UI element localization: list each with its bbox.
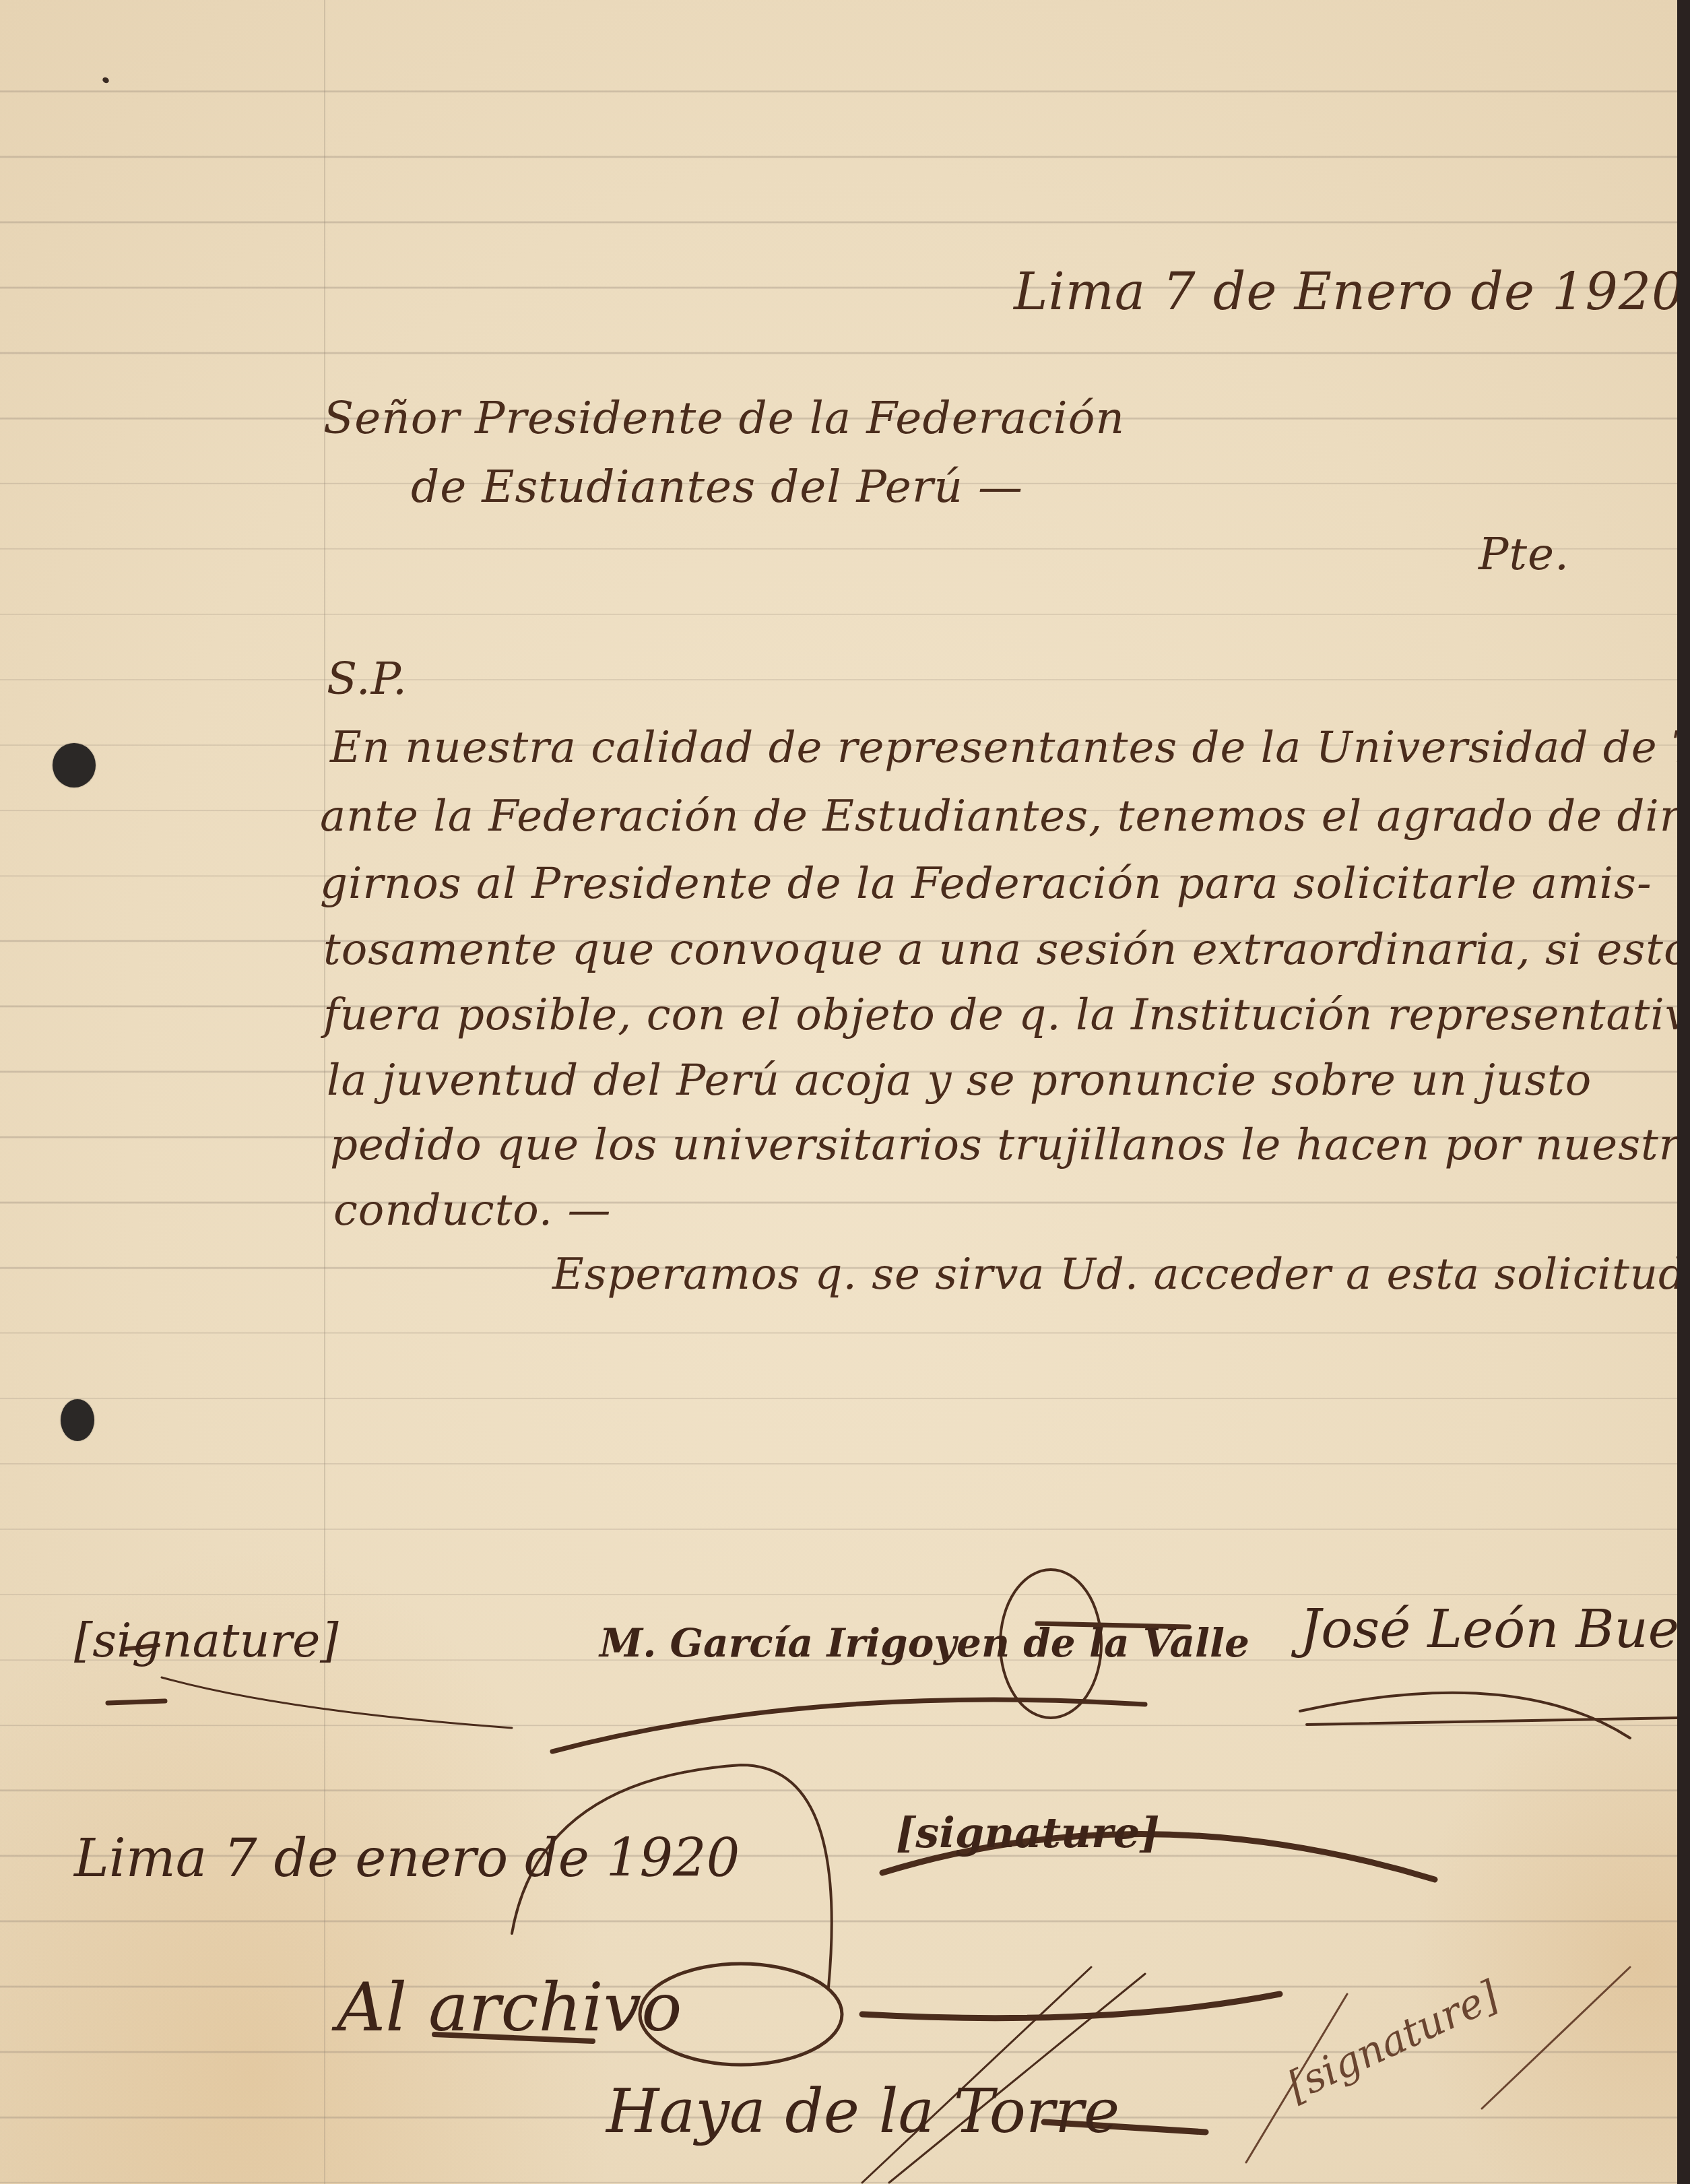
body-line: ante la Federación de Estudiantes, tenem… bbox=[320, 795, 1677, 838]
letter-sheet: Lima 7 de Enero de 1920 Señor Presidente… bbox=[0, 0, 1677, 2184]
addressee-line-1: Señor Presidente de la Federación bbox=[323, 396, 1125, 441]
punch-hole-lower bbox=[61, 1399, 94, 1441]
body-line: fuera posible, con el objeto de q. la In… bbox=[323, 994, 1677, 1037]
body-line: conducto. — bbox=[333, 1189, 611, 1232]
closing-line: Esperamos q. se sirva Ud. acceder a esta… bbox=[552, 1253, 1677, 1296]
punch-hole-upper bbox=[53, 743, 96, 788]
scan-edge bbox=[1677, 0, 1690, 2184]
date-line: Lima 7 de Enero de 1920 bbox=[1014, 266, 1677, 317]
signature-3: José León Bueno bbox=[1300, 1603, 1677, 1656]
signature-1: [signature] bbox=[74, 1617, 339, 1664]
signature-4: [signature] bbox=[896, 1812, 1160, 1854]
body-line: En nuestra calidad de representantes de … bbox=[330, 726, 1677, 769]
body-line: girnos al Presidente de la Federación pa… bbox=[320, 862, 1652, 905]
body-line: pedido que los universitarios trujillano… bbox=[330, 1124, 1677, 1167]
signature-5: Haya de la Torre bbox=[606, 2082, 1119, 2142]
annotation-date: Lima 7 de enero de 1920 bbox=[74, 1832, 740, 1885]
body-line: la juventud del Perú acoja y se pronunci… bbox=[327, 1059, 1592, 1102]
addressee-line-3: Pte. bbox=[1478, 532, 1569, 577]
body-line: tosamente que convoque a una sesión extr… bbox=[323, 928, 1677, 971]
signature-2: M. García Irigoyen de la Valle bbox=[599, 1624, 1249, 1663]
salutation: S.P. bbox=[327, 657, 408, 701]
annotation-archive: Al archivo bbox=[337, 1974, 682, 2041]
addressee-line-2: de Estudiantes del Perú — bbox=[411, 465, 1023, 509]
